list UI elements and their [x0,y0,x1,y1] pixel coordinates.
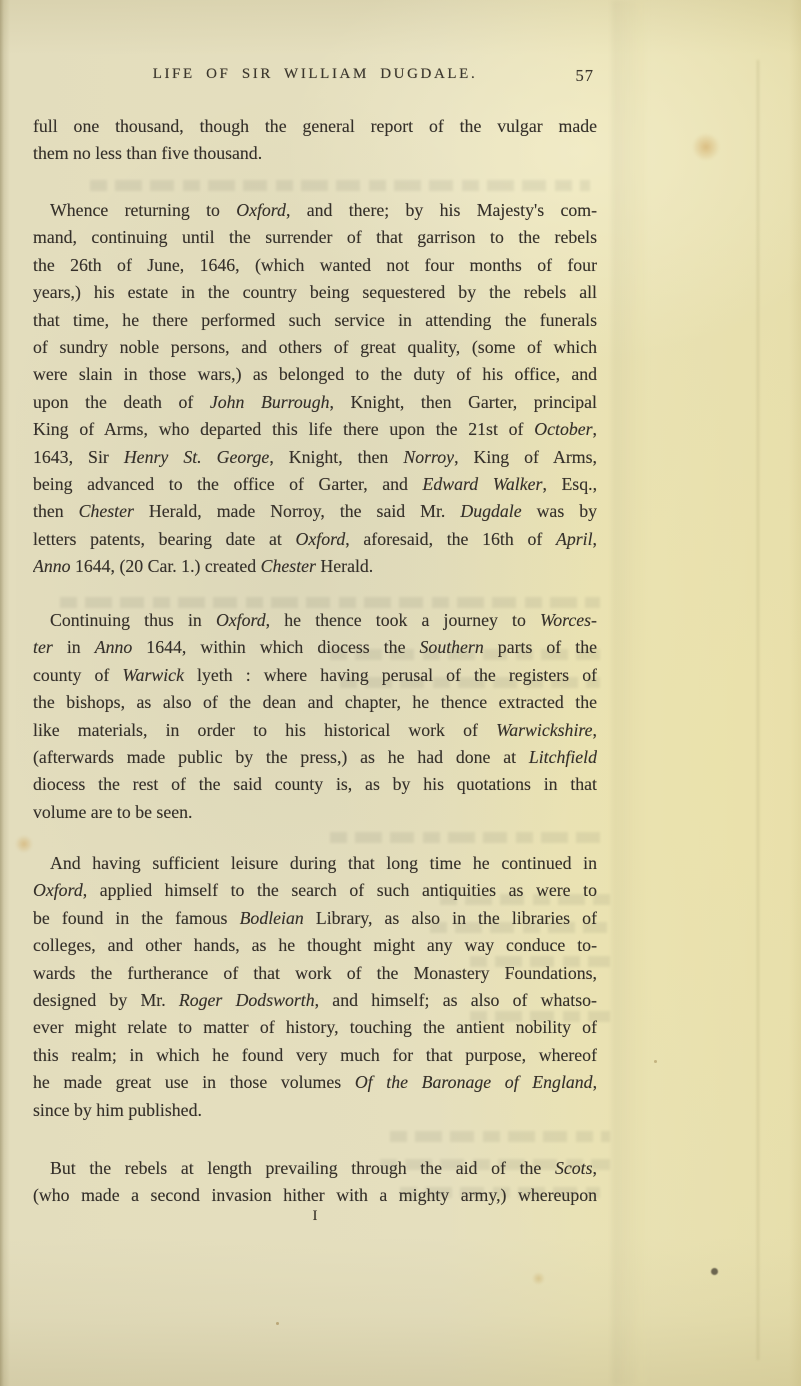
text-segment: , and himself; as also of whatso- [315,990,597,1010]
text-line: volume are to be seen. [33,799,597,826]
text-segment: , applied himself to the search of such … [83,880,597,900]
text-segment: ever might relate to matter of history, … [33,1017,597,1037]
text-segment: he made great use in those volumes [33,1072,355,1092]
text-line: diocess the rest of the said county is, … [33,771,597,798]
text-segment: , [593,529,597,549]
italic-text-segment: Chester [261,556,316,576]
text-line: this realm; in which he found very much … [33,1042,597,1069]
ink-spot [711,1268,718,1275]
text-segment: the bishops, as also of the dean and cha… [33,692,597,712]
text-segment: , aforesaid, the 16th of [345,529,556,549]
paragraph: Continuing thus in Oxford, he thence too… [33,607,597,826]
text-line: that time, he there performed such servi… [33,307,597,334]
page-edge-shading [612,0,646,1386]
text-segment: , he thence took a journey to [266,610,540,630]
text-segment: (who made a second invasion hither with … [33,1185,597,1205]
text-line: then Chester Herald, made Norroy, the sa… [33,498,597,525]
text-segment: King of Arms, who departed this life the… [33,419,534,439]
italic-text-segment: April [556,529,593,549]
text-segment: Whence returning to [50,200,236,220]
text-segment: , [593,1158,597,1178]
text-segment: 1643, Sir [33,447,124,467]
text-line: being advanced to the office of Garter, … [33,471,597,498]
text-segment: , and there; by his Majesty's com- [286,200,597,220]
italic-text-segment: Henry St. George [124,447,269,467]
text-segment: , Knight, then Garter, principal [329,392,597,412]
text-segment: in [53,637,95,657]
text-line: Whence returning to Oxford, and there; b… [33,197,597,224]
italic-text-segment: Oxford [296,529,346,549]
text-line: And having sufficient leisure during tha… [33,850,597,877]
text-line: he made great use in those volumes Of th… [33,1069,597,1096]
text-segment: that time, he there performed such servi… [33,310,597,330]
paragraph: And having sufficient leisure during tha… [33,850,597,1124]
text-line: them no less than five thousand. [33,140,597,167]
text-segment: , [593,1072,597,1092]
text-line: since by him published. [33,1097,597,1124]
text-line: Anno 1644, (20 Car. 1.) created Chester … [33,553,597,580]
italic-text-segment: ter [33,637,53,657]
text-segment: colleges, and other hands, as he thought… [33,935,597,955]
italic-text-segment: Anno [95,637,133,657]
italic-text-segment: Norroy [403,447,454,467]
text-segment: parts of the [484,637,597,657]
text-segment: 1644, (20 Car. 1.) created [71,556,261,576]
italic-text-segment: Of the Baronage of England [355,1072,593,1092]
italic-text-segment: Warwickshire [496,720,592,740]
foxing-stain [692,133,720,161]
italic-text-segment: John Burrough [210,392,330,412]
text-segment: , Knight, then [269,447,403,467]
text-line: (afterwards made public by the press,) a… [33,744,597,771]
text-segment: since by him published. [33,1100,202,1120]
italic-text-segment: Edward Walker [423,474,543,494]
text-segment: , [593,720,597,740]
text-segment: this realm; in which he found very much … [33,1045,597,1065]
text-line: (who made a second invasion hither with … [33,1182,597,1209]
text-line: be found in the famous Bodleian Library,… [33,905,597,932]
italic-text-segment: Litchfield [529,747,597,767]
text-line: of sundry noble persons, and others of g… [33,334,597,361]
italic-text-segment: Dugdale [460,501,521,521]
book-page: LIFE OF SIR WILLIAM DUGDALE. 57 full one… [0,0,801,1386]
italic-text-segment: Oxford [216,610,266,630]
text-line: county of Warwick lyeth : where having p… [33,662,597,689]
text-line: designed by Mr. Roger Dodsworth, and him… [33,987,597,1014]
text-line: years,) his estate in the country being … [33,279,597,306]
italic-text-segment: Southern [420,637,484,657]
text-segment: was by [522,501,597,521]
text-segment: And having sufficient leisure during tha… [50,853,597,873]
italic-text-segment: Warwick [122,665,184,685]
text-segment: designed by Mr. [33,990,179,1010]
text-line: full one thousand, though the general re… [33,113,597,140]
italic-text-segment: Scots [555,1158,593,1178]
text-segment: the 26th of June, 1646, (which wanted no… [33,255,597,275]
text-line: Continuing thus in Oxford, he thence too… [33,607,597,634]
text-line: upon the death of John Burrough, Knight,… [33,389,597,416]
text-segment: wards the furtherance of that work of th… [33,963,597,983]
text-segment: volume are to be seen. [33,802,192,822]
text-segment: Herald. [316,556,373,576]
text-segment: (afterwards made public by the press,) a… [33,747,529,767]
paragraph: Whence returning to Oxford, and there; b… [33,197,597,580]
text-segment: them no less than five thousand. [33,143,262,163]
text-segment: were slain in those wars,) as belonged t… [33,364,597,384]
italic-text-segment: Anno [33,556,71,576]
text-segment: , Esq., [542,474,597,494]
text-segment: full one thousand, though the general re… [33,116,597,136]
text-segment: Herald, made Norroy, the said Mr. [134,501,460,521]
paragraph: full one thousand, though the general re… [33,113,597,168]
italic-text-segment: Bodleian [240,908,304,928]
text-segment: county of [33,665,122,685]
text-line: ter in Anno 1644, within which diocess t… [33,634,597,661]
text-line: Oxford, applied himself to the search of… [33,877,597,904]
body-text: full one thousand, though the general re… [33,0,597,1386]
signature-mark: I [33,1208,597,1225]
italic-text-segment: October [534,419,592,439]
text-segment: lyeth : where having perusal of the regi… [184,665,597,685]
text-segment: Continuing thus in [50,610,216,630]
text-segment: diocess the rest of the said county is, … [33,774,597,794]
text-segment: be found in the famous [33,908,240,928]
text-line: But the rebels at length prevailing thro… [33,1155,597,1182]
italic-text-segment: Roger Dodsworth [179,990,315,1010]
italic-text-segment: Worces- [540,610,597,630]
text-segment: , King of Arms, [454,447,597,467]
text-line: colleges, and other hands, as he thought… [33,932,597,959]
text-line: were slain in those wars,) as belonged t… [33,361,597,388]
text-segment: of sundry noble persons, and others of g… [33,337,597,357]
text-line: like materials, in order to his historic… [33,717,597,744]
paragraph: But the rebels at length prevailing thro… [33,1155,597,1210]
italic-text-segment: Chester [79,501,134,521]
text-segment: 1644, within which diocess the [132,637,419,657]
text-segment: being advanced to the office of Garter, … [33,474,423,494]
text-segment: years,) his estate in the country being … [33,282,597,302]
text-segment: Library, as also in the libraries of [304,908,597,928]
text-line: wards the furtherance of that work of th… [33,960,597,987]
italic-text-segment: Oxford [236,200,286,220]
text-line: mand, continuing until the surrender of … [33,224,597,251]
text-segment: , [593,419,597,439]
text-segment: mand, continuing until the surrender of … [33,227,597,247]
text-line: the bishops, as also of the dean and cha… [33,689,597,716]
paper-speck [654,1060,657,1063]
text-segment: But the rebels at length prevailing thro… [50,1158,555,1178]
paper-crease [757,60,759,1360]
text-line: ever might relate to matter of history, … [33,1014,597,1041]
text-segment: then [33,501,79,521]
text-segment: upon the death of [33,392,210,412]
text-segment: like materials, in order to his historic… [33,720,496,740]
foxing-stain [15,835,33,853]
text-line: the 26th of June, 1646, (which wanted no… [33,252,597,279]
text-line: 1643, Sir Henry St. George, Knight, then… [33,444,597,471]
text-segment: letters patents, bearing date at [33,529,296,549]
text-line: letters patents, bearing date at Oxford,… [33,526,597,553]
text-line: King of Arms, who departed this life the… [33,416,597,443]
italic-text-segment: Oxford [33,880,83,900]
